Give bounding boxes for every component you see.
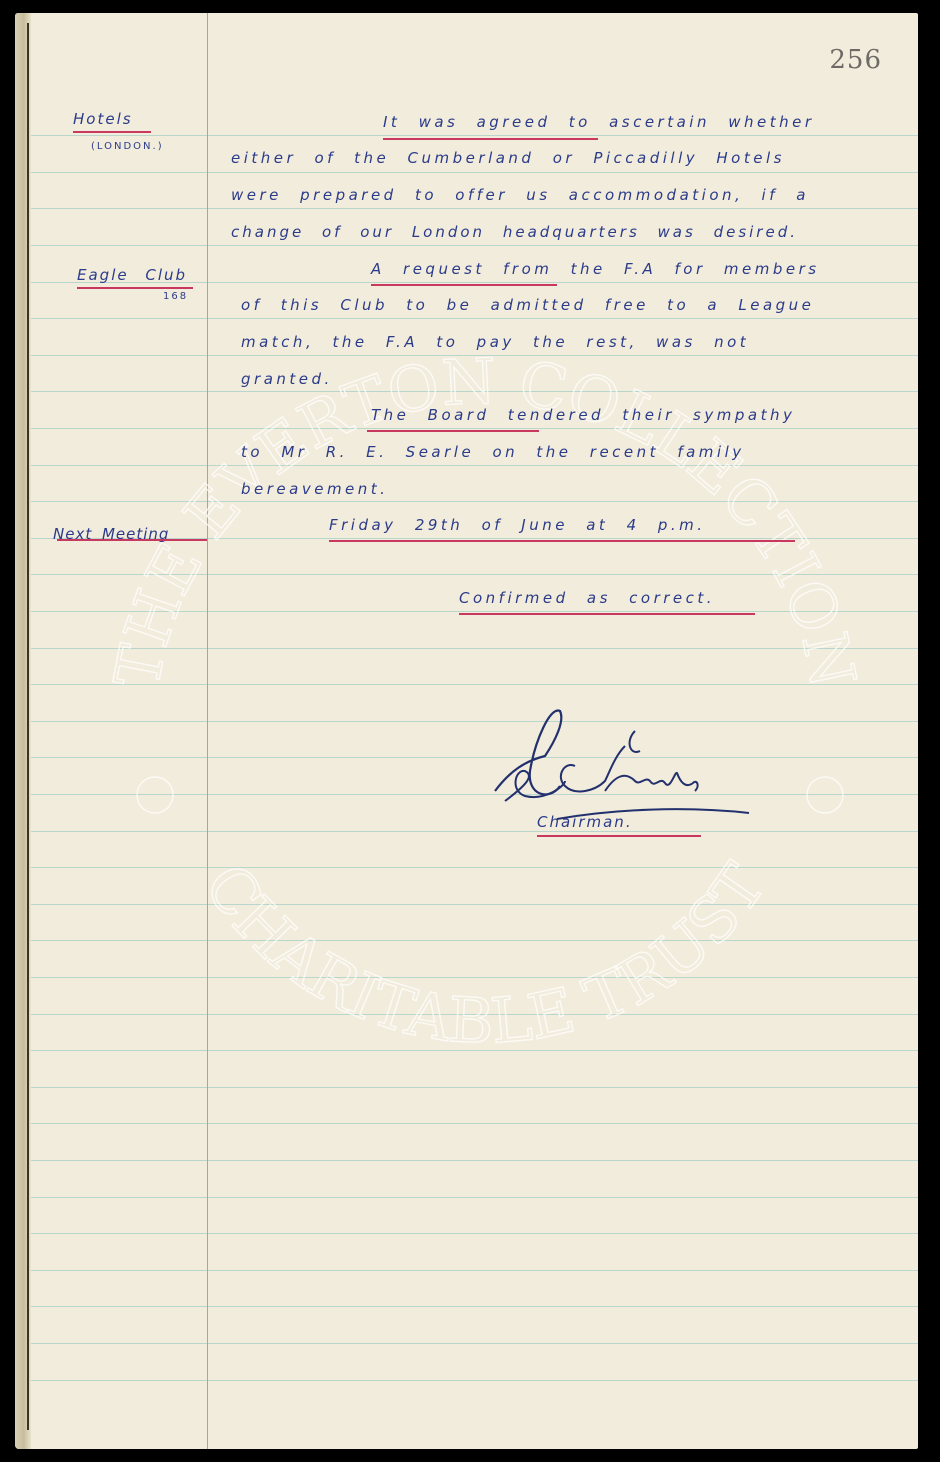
margin-note-hotels: Hotels xyxy=(73,110,133,128)
ruled-line xyxy=(31,1233,918,1234)
ruled-line xyxy=(31,355,918,356)
ruled-line xyxy=(31,391,918,392)
ruled-line xyxy=(31,1014,918,1015)
ruled-line xyxy=(31,172,918,173)
watermark-dot-right xyxy=(807,777,843,813)
entry-underline xyxy=(329,540,795,542)
margin-note-hotels-sub: (LONDON.) xyxy=(91,141,164,152)
ruled-line xyxy=(31,501,918,502)
page-number: 256 xyxy=(829,45,882,75)
ruled-line xyxy=(31,1380,918,1381)
entry-underline xyxy=(383,138,598,140)
margin-note-underline xyxy=(73,131,151,133)
ruled-line xyxy=(31,245,918,246)
ruled-line xyxy=(31,648,918,649)
entry-eagle-club-line-3: match, the F.A to pay the rest, was not xyxy=(241,333,749,351)
margin-note-eagle-club-sub: 168 xyxy=(163,291,188,302)
chairman-underline xyxy=(537,835,701,837)
entry-underline xyxy=(371,284,557,286)
ruled-line xyxy=(31,574,918,575)
margin-note-underline xyxy=(77,287,193,289)
ruled-line xyxy=(31,904,918,905)
ruled-line xyxy=(31,684,918,685)
ruled-line xyxy=(31,318,918,319)
entry-sympathy-line-2: to Mr R. E. Searle on the recent family xyxy=(241,443,745,461)
entry-hotels-line-4: change of our London headquarters was de… xyxy=(231,223,798,241)
entry-hotels-line-2: either of the Cumberland or Piccadilly H… xyxy=(231,149,785,167)
ruled-line xyxy=(31,1087,918,1088)
ruled-line xyxy=(31,1197,918,1198)
ruled-line xyxy=(31,940,918,941)
entry-eagle-club-line-1: A request from the F.A for members xyxy=(371,260,820,278)
entry-eagle-club-line-2: of this Club to be admitted free to a Le… xyxy=(241,296,814,314)
chairman-title: Chairman. xyxy=(537,813,633,831)
ruled-line xyxy=(31,135,918,136)
entry-underline xyxy=(367,430,539,432)
margin-line xyxy=(207,13,208,1449)
ruled-line xyxy=(31,1050,918,1051)
watermark-dot-left xyxy=(137,777,173,813)
margin-note-underline xyxy=(57,539,207,541)
ruled-line xyxy=(31,1306,918,1307)
ruled-line xyxy=(31,1123,918,1124)
ruled-line xyxy=(31,977,918,978)
entry-hotels-line-3: were prepared to offer us accommodation,… xyxy=(231,186,809,204)
ruled-line xyxy=(31,1270,918,1271)
entry-eagle-club-line-4: granted. xyxy=(241,370,333,388)
margin-note-eagle-club: Eagle Club xyxy=(77,266,187,284)
confirmation-text: Confirmed as correct. xyxy=(459,589,715,607)
ruled-line xyxy=(31,867,918,868)
ruled-line xyxy=(31,465,918,466)
watermark-line2: CHARITABLE TRUST xyxy=(190,851,780,1058)
ledger-page: 256 THE EVERTON COLLECTION CHARITABLE TR… xyxy=(15,13,918,1449)
entry-sympathy-line-1: The Board tendered their sympathy xyxy=(371,406,795,424)
entry-sympathy-line-3: bereavement. xyxy=(241,480,388,498)
entry-next-meeting: Friday 29th of June at 4 p.m. xyxy=(329,516,706,534)
ruled-line xyxy=(31,428,918,429)
ruled-line xyxy=(31,1160,918,1161)
entry-hotels-line-1: It was agreed to ascertain whether xyxy=(383,113,815,131)
binding-line xyxy=(27,23,29,1430)
ruled-line xyxy=(31,611,918,612)
ruled-line xyxy=(31,208,918,209)
confirmation-underline xyxy=(459,613,755,615)
ruled-line xyxy=(31,1343,918,1344)
